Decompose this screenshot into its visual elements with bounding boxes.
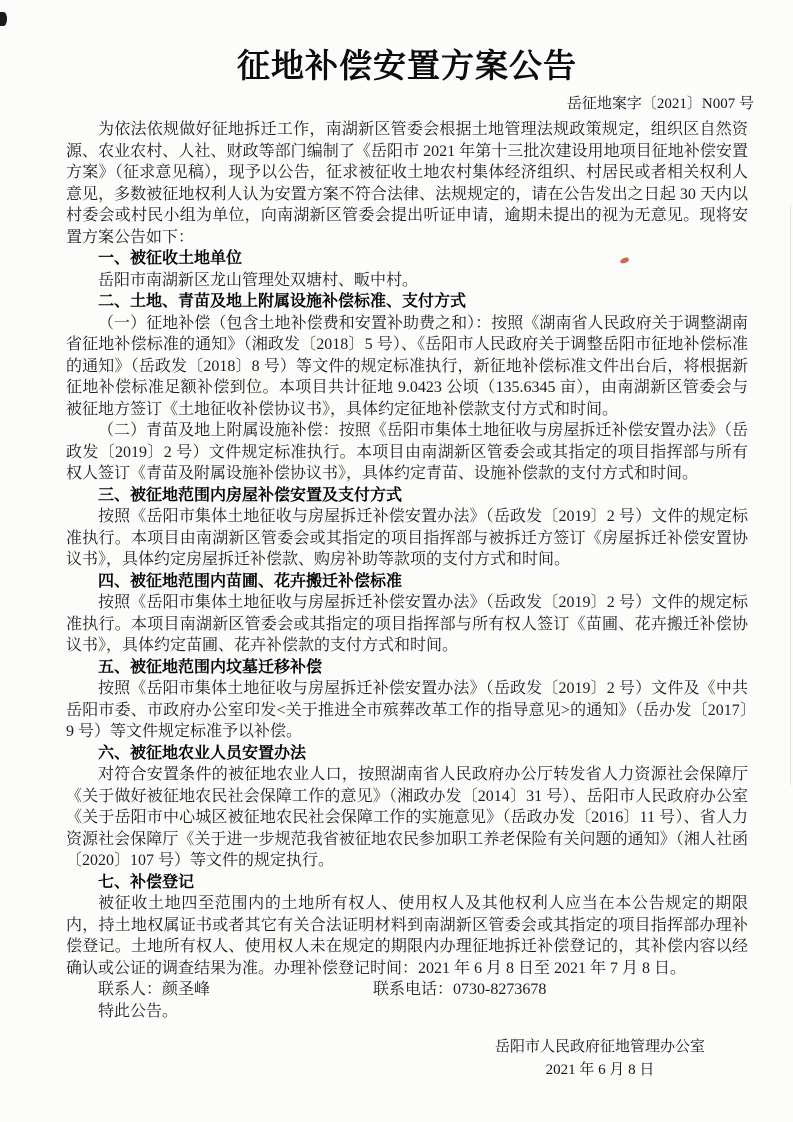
section-heading: 一、被征收土地单位 [66,248,748,270]
scan-smudge-mark [0,12,7,26]
signature-block: 岳阳市人民政府征地管理办公室 2021 年 6 月 8 日 [66,1036,748,1082]
scan-edge-line [790,205,791,785]
section-paragraph: 被征收土地四至范围内的土地所有权人、使用权人及其他权利人应当在本公告规定的期限内… [66,893,748,979]
section-grave-relocation: 五、被征地范围内坟墓迁移补偿 按照《岳阳市集体土地征收与房屋拆迁补偿安置办法》（… [66,657,748,743]
section-heading: 六、被征地农业人员安置办法 [66,743,748,765]
contact-phone-label: 联系电话： [373,981,453,998]
section-paragraph: 岳阳市南湖新区龙山管理处双塘村、畈中村。 [66,270,748,292]
contact-person-label: 联系人： [98,981,162,998]
closing-statement: 特此公告。 [66,1001,748,1023]
section-paragraph: 按照《岳阳市集体土地征收与房屋拆迁补偿安置办法》（岳政发〔2019〕2 号）文件… [66,592,748,657]
section-heading: 三、被征地范围内房屋补偿安置及支付方式 [66,485,748,507]
section-land-compensation: 二、土地、青苗及地上附属设施补偿标准、支付方式 （一）征地补偿（包含土地补偿费和… [66,291,748,485]
section-heading: 四、被征地范围内苗圃、花卉搬迁补偿标准 [66,571,748,593]
contact-person-name: 颜圣峰 [162,981,210,998]
section-heading: 七、补偿登记 [66,872,748,894]
section-paragraph: （一）征地补偿（包含土地补偿费和安置补助费之和）：按照《湖南省人民政府关于调整湖… [66,313,748,421]
announcement-page: 征地补偿安置方案公告 岳征地案字〔2021〕N007 号 为依法依规做好征地拆迁… [0,0,793,1122]
document-number: 岳征地案字〔2021〕N007 号 [66,95,754,114]
section-farmer-resettlement: 六、被征地农业人员安置办法 对符合安置条件的被征地农业人口，按照湖南省人民政府办… [66,743,748,872]
page-title: 征地补偿安置方案公告 [66,46,748,88]
section-land-units: 一、被征收土地单位 岳阳市南湖新区龙山管理处双塘村、畈中村。 [66,248,748,291]
issuing-office: 岳阳市人民政府征地管理办公室 [495,1036,705,1058]
contact-line: 联系人：颜圣峰联系电话：0730-8273678 [66,979,748,1001]
section-paragraph: 对符合安置条件的被征地农业人口，按照湖南省人民政府办公厅转发省人力资源社会保障厅… [66,764,748,872]
section-heading: 五、被征地范围内坟墓迁移补偿 [66,657,748,679]
section-heading: 二、土地、青苗及地上附属设施补偿标准、支付方式 [66,291,748,313]
section-compensation-registration: 七、补偿登记 被征收土地四至范围内的土地所有权人、使用权人及其他权利人应当在本公… [66,872,748,980]
document-body: 为依法依规做好征地拆迁工作，南湖新区管委会根据土地管理法规政策规定，组织区自然资… [66,119,748,1082]
section-paragraph: （二）青苗及地上附属设施补偿：按照《岳阳市集体土地征收与房屋拆迁补偿安置办法》（… [66,420,748,485]
section-paragraph: 按照《岳阳市集体土地征收与房屋拆迁补偿安置办法》（岳政发〔2019〕2 号）文件… [66,506,748,571]
section-house-compensation: 三、被征地范围内房屋补偿安置及支付方式 按照《岳阳市集体土地征收与房屋拆迁补偿安… [66,485,748,571]
section-nursery-flowers: 四、被征地范围内苗圃、花卉搬迁补偿标准 按照《岳阳市集体土地征收与房屋拆迁补偿安… [66,571,748,657]
issue-date: 2021 年 6 月 8 日 [495,1058,705,1082]
contact-phone-number: 0730-8273678 [453,981,546,998]
intro-paragraph: 为依法依规做好征地拆迁工作，南湖新区管委会根据土地管理法规政策规定，组织区自然资… [66,119,748,248]
section-paragraph: 按照《岳阳市集体土地征收与房屋拆迁补偿安置办法》（岳政发〔2019〕2 号）文件… [66,678,748,743]
